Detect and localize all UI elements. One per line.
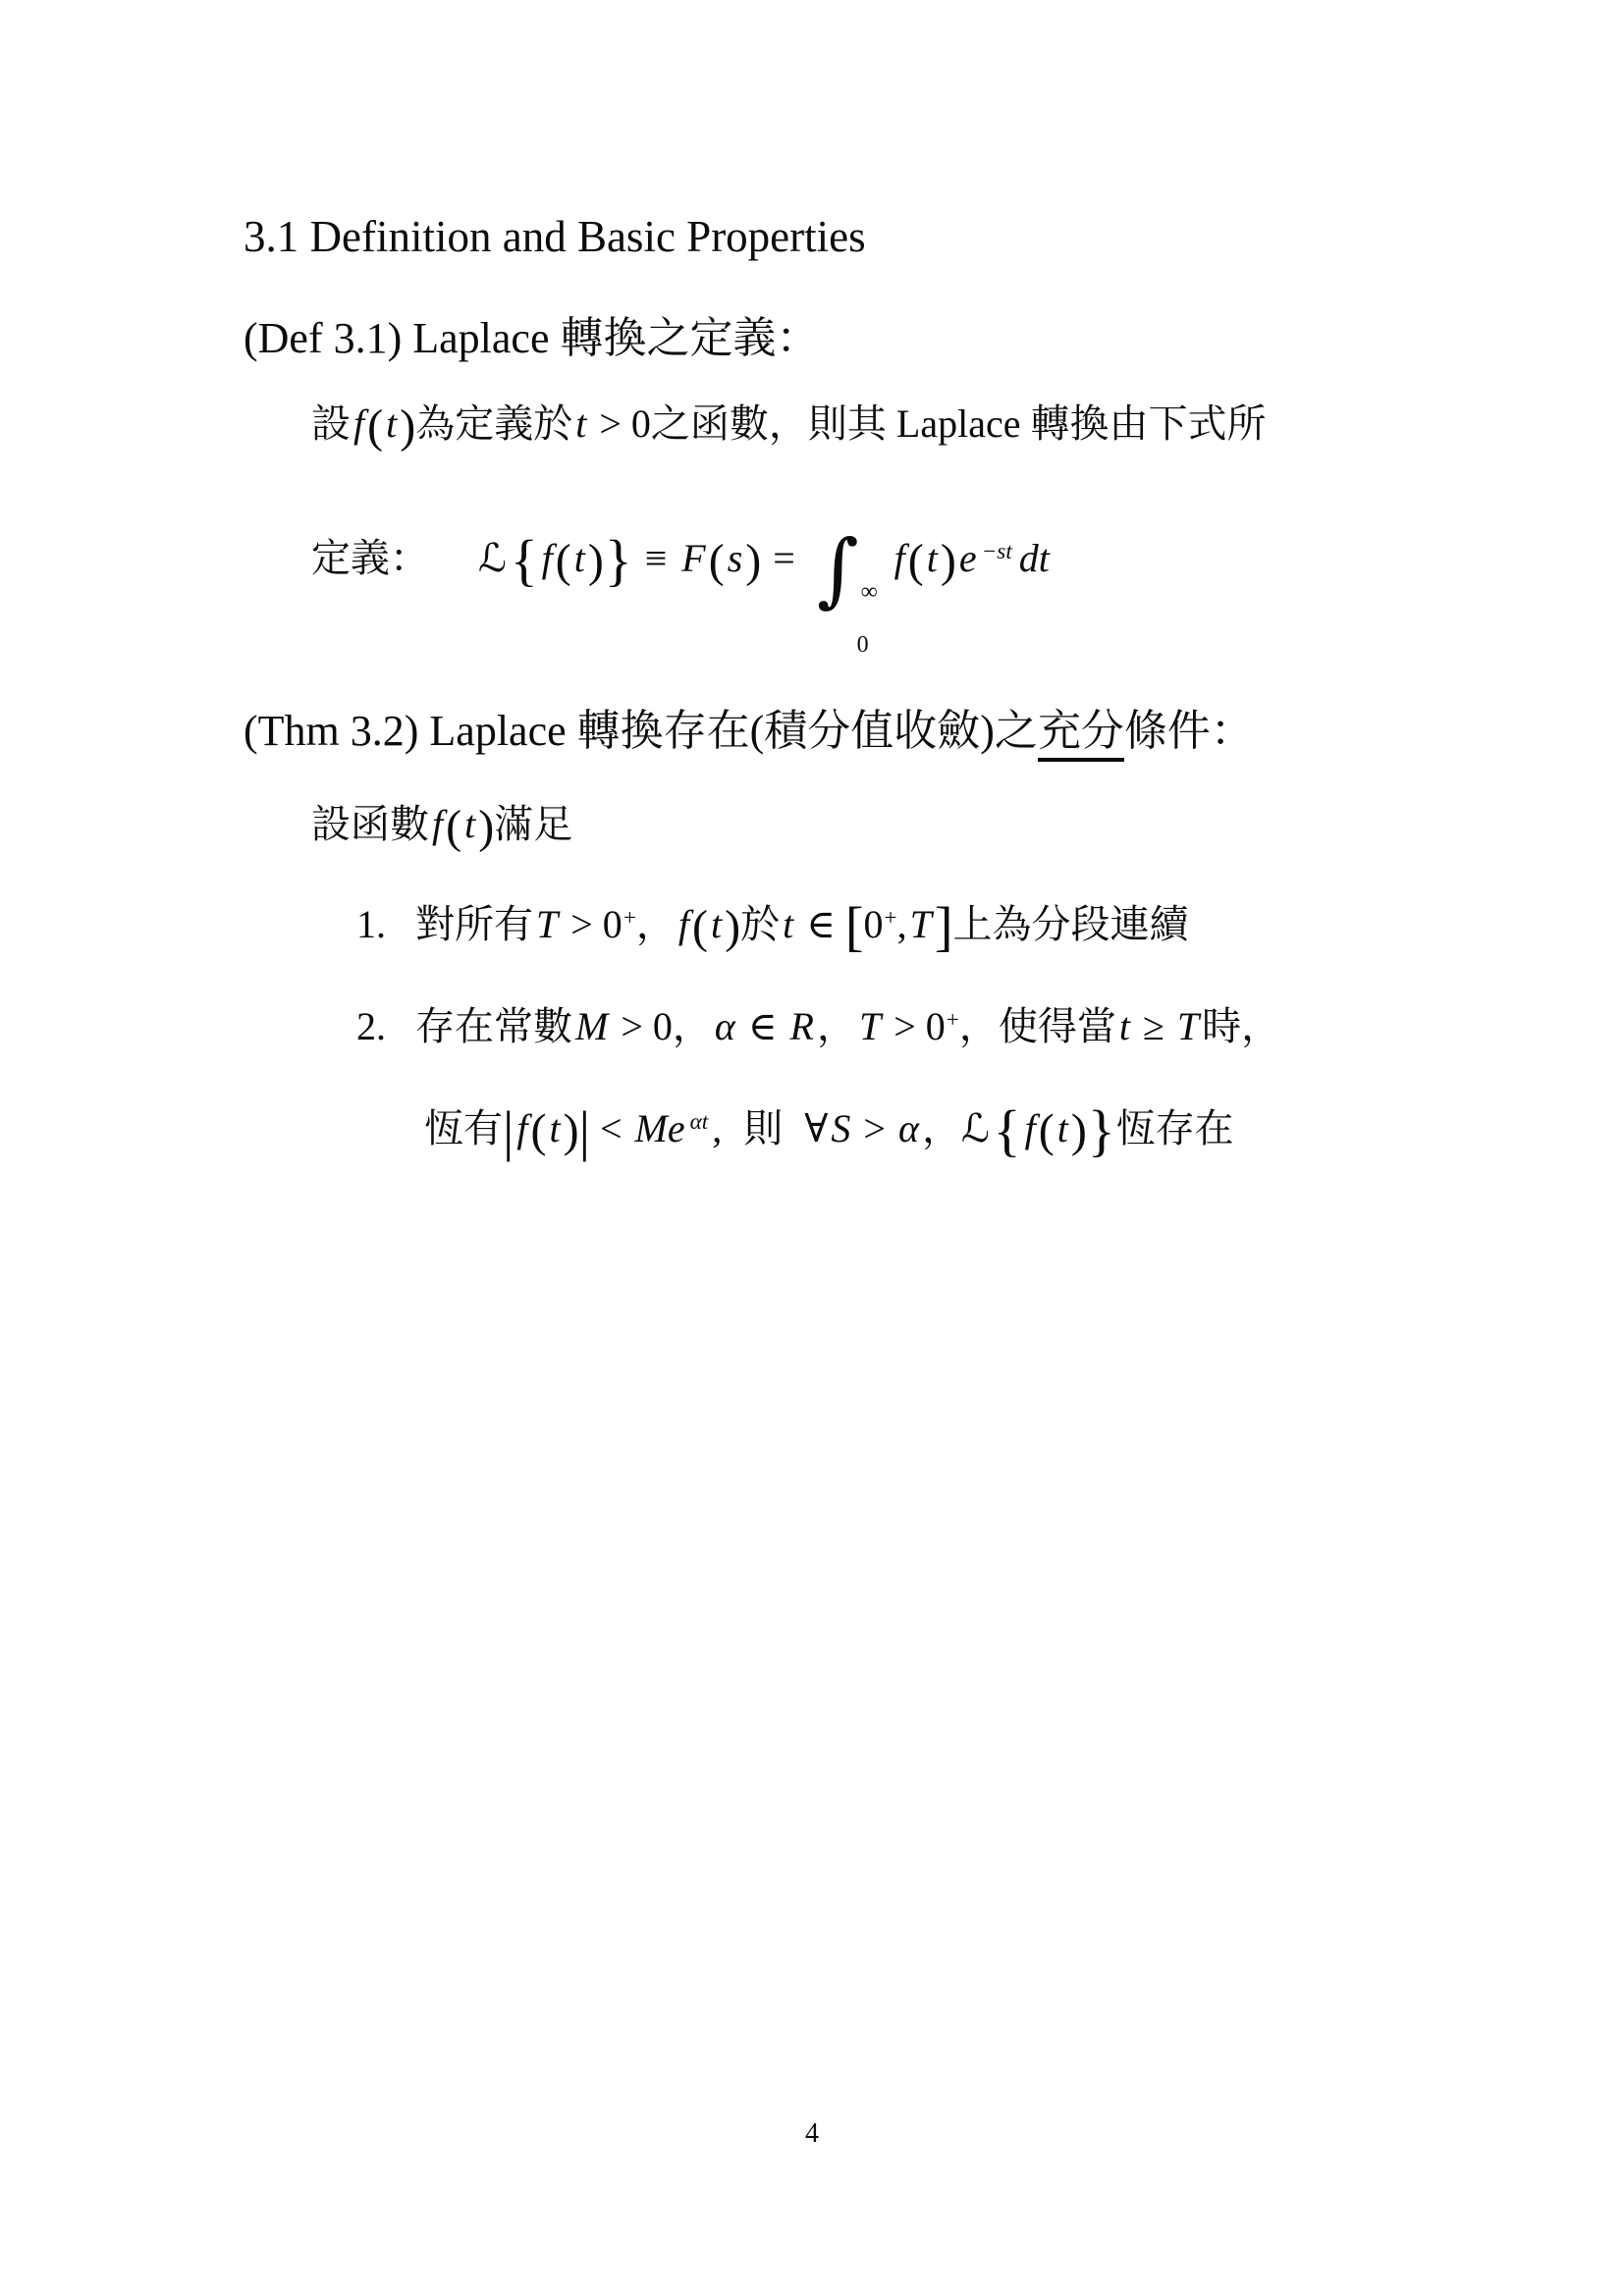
text-token: ( (446, 801, 461, 853)
text-token: ， (817, 1004, 856, 1048)
text-token: T (533, 902, 561, 946)
text-token: { (510, 528, 539, 592)
text-token: T (907, 902, 935, 946)
text-token: (Def 3.1) Laplace (244, 314, 560, 362)
definition-formula-line: 定義：ℒ{f(t)}≡F(s)=∫∞0f(t)e−stdt (311, 518, 1053, 657)
text-token: ] (935, 896, 953, 957)
text-token: ) (564, 1105, 579, 1157)
list-number-2: 2. (356, 1001, 386, 1052)
condition-item-2: 2.存在常數M > 0，α ∈ R，T > 0+，使得當t ≥ T時， (356, 1001, 1280, 1052)
text-token: ( (692, 901, 708, 953)
page-number: 4 (0, 2118, 1624, 2150)
text-token: ≥ (1133, 1004, 1174, 1048)
integral-upper-limit: ∞ (861, 580, 878, 604)
text-token: dt (1016, 536, 1053, 580)
text-token: f (514, 1106, 530, 1150)
text-token: + (623, 905, 636, 931)
text-token: [ (845, 896, 864, 957)
text-token: 條件： (1124, 707, 1254, 755)
text-token: ≡ (633, 536, 679, 580)
text-token: t (1116, 1004, 1133, 1048)
text-token: f (1022, 1106, 1039, 1150)
text-token: ) (478, 801, 494, 853)
text-token: , (897, 902, 907, 946)
text-token: t (383, 401, 400, 446)
text-token: 恆存在 (1116, 1106, 1234, 1150)
theorem-title: (Thm 3.2) Laplace 轉換存在(積分值收斂)之充分條件： (244, 703, 1254, 759)
text-token: (Thm 3.2) Laplace (244, 707, 577, 755)
text-token: > (853, 1106, 895, 1150)
text-token: α (712, 1004, 738, 1048)
text-token: 滿足 (494, 802, 572, 846)
formula-label: 定義： (311, 536, 429, 580)
text-token: f (429, 802, 446, 846)
text-token: } (1087, 1098, 1116, 1162)
section-heading: 3.1 Definition and Basic Properties (244, 208, 866, 266)
text-token: ) (725, 901, 740, 953)
text-token: ) (588, 535, 604, 587)
text-token: = (761, 536, 807, 580)
condition-item-2-continued: 恆有|f(t)| < Meαt,則∀S > α，ℒ{f(t)}恆存在 (424, 1094, 1234, 1168)
text-token: t (924, 536, 941, 580)
text-token: , (712, 1106, 722, 1150)
text-token: ) (400, 400, 415, 453)
condition-1-text: 對所有T > 0+，f(t)於t ∈ [0+,T]上為分段連續 (415, 902, 1188, 946)
text-token: > 0 (589, 401, 651, 446)
document-page: 3.1 Definition and Basic Properties (Def… (0, 0, 1624, 2296)
text-token: ∈ (796, 902, 845, 946)
text-token: 為定義於 (415, 401, 572, 446)
theorem-body-text: 設函數f(t)滿足 (311, 797, 572, 858)
text-token: T (856, 1004, 884, 1048)
text-token: Me (632, 1106, 688, 1150)
text-token: | (579, 1100, 590, 1162)
text-token: 對所有 (415, 902, 533, 946)
text-token: M (572, 1004, 611, 1048)
text-token: < (590, 1106, 632, 1150)
text-token: αt (690, 1109, 709, 1135)
text-token: ) (745, 535, 761, 587)
text-token: ∈ (738, 1004, 787, 1048)
text-token: ∫ (817, 523, 859, 616)
text-token: 時， (1202, 1004, 1280, 1048)
text-token: ， (922, 1106, 961, 1150)
text-token: 恆有 (424, 1106, 503, 1150)
text-token: t (461, 802, 478, 846)
text-token: ， (673, 1004, 712, 1048)
text-token: ) (941, 535, 956, 587)
text-token: f (539, 536, 556, 580)
text-token: 於 (740, 902, 780, 946)
text-token: 充分 (1038, 707, 1124, 762)
text-token: −st (982, 539, 1012, 564)
text-token: 則 (743, 1106, 783, 1150)
text-token: F (678, 536, 708, 580)
text-token: + (947, 1007, 959, 1033)
text-token: ) (1071, 1105, 1087, 1157)
text-token: t (1055, 1106, 1071, 1150)
text-token: 之函數，則其 Laplace 轉換由下式所 (651, 401, 1267, 446)
text-token: e (956, 536, 980, 580)
text-token: ℒ (961, 1106, 993, 1151)
text-token: 上為分段連續 (952, 902, 1188, 946)
text-token: R (787, 1004, 817, 1048)
text-token: + (885, 905, 897, 931)
text-token: ℒ (478, 536, 510, 581)
text-token: s (725, 536, 746, 580)
text-token: S (828, 1106, 853, 1150)
definition-title: (Def 3.1) Laplace 轉換之定義： (244, 310, 819, 366)
condition-2-text-line1: 存在常數M > 0，α ∈ R，T > 0+，使得當t ≥ T時， (415, 1004, 1280, 1048)
text-token: > 0 (884, 1004, 946, 1048)
text-token: 轉換之定義： (560, 314, 819, 362)
text-token: ( (709, 535, 725, 587)
list-number-1: 1. (356, 899, 386, 950)
text-token: ( (367, 400, 383, 453)
text-token: ∀ (804, 1106, 828, 1150)
text-token: > 0 (561, 902, 623, 946)
text-token: } (604, 528, 633, 592)
text-token: f (892, 536, 908, 580)
text-token: ( (1039, 1105, 1055, 1157)
text-token: 設 (311, 401, 351, 446)
text-token: α (895, 1106, 922, 1150)
text-token: f (351, 401, 367, 446)
text-token: { (993, 1098, 1022, 1162)
text-token: t (571, 536, 588, 580)
laplace-transform-formula: ℒ{f(t)}≡F(s)=∫∞0f(t)e−stdt (478, 536, 1053, 580)
text-token: t (708, 902, 725, 946)
text-token: ( (556, 535, 571, 587)
text-token: ( (908, 535, 924, 587)
text-token: t (780, 902, 796, 946)
definition-body-text: 設f(t)為定義於t > 0之函數，則其 Laplace 轉換由下式所 (311, 397, 1266, 457)
integral-limits: ∞0 (861, 580, 878, 657)
text-token: ( (531, 1105, 547, 1157)
text-token: 轉換存在(積分值收斂)之 (577, 707, 1038, 755)
text-token: 存在常數 (415, 1004, 572, 1048)
text-token: > 0 (611, 1004, 673, 1048)
integral-lower-limit: 0 (857, 633, 874, 657)
text-token: t (546, 1106, 563, 1150)
text-token: t (572, 401, 589, 446)
text-token: T (1174, 1004, 1202, 1048)
text-token: 0 (864, 902, 884, 946)
text-token: 設函數 (311, 802, 429, 846)
condition-item-1: 1.對所有T > 0+，f(t)於t ∈ [0+,T]上為分段連續 (356, 891, 1188, 963)
text-token: | (503, 1100, 514, 1162)
text-token: ， (636, 902, 676, 946)
text-token: f (676, 902, 692, 946)
text-token: ，使得當 (959, 1004, 1116, 1048)
